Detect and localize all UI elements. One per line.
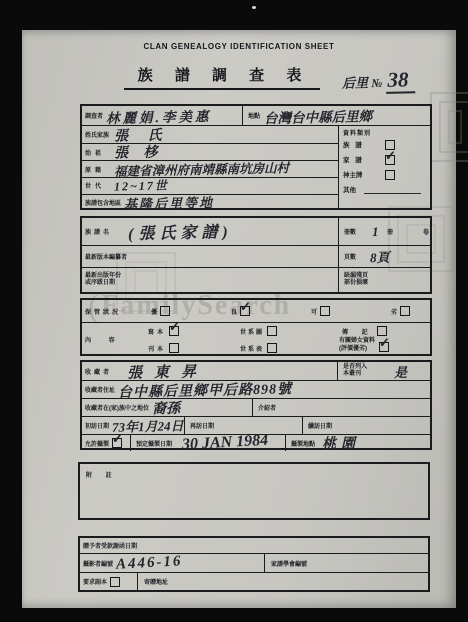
photographer-number-value: A446-16 xyxy=(116,553,183,573)
material-type-box: 資料類別 族 譜 家 譜 神主牌 其他 xyxy=(339,126,430,209)
survey-left-col: 姓氏家族 張 氏 始祖 張 栘 原籍 福建省漳州府南靖縣南坑房山村 世代 12~… xyxy=(82,126,338,209)
pedigree-table-option: 世系表 xyxy=(237,343,339,353)
pedigree-table-checkbox xyxy=(267,343,277,353)
volume-count-value: 1 xyxy=(372,223,379,239)
condition-option: 良 xyxy=(228,306,308,316)
surveyor-value: 林麗娟.李美惠 xyxy=(106,104,212,126)
good-checkbox xyxy=(240,306,250,316)
coverage-row: 族譜包含地區 基隆后里等地 xyxy=(82,194,338,211)
scanned-sheet: (FamilySearch CLAN GENEALOGY IDENTIFICAT… xyxy=(22,30,456,608)
included-label-line1: 是否列入 xyxy=(343,364,367,372)
emboss-stamp xyxy=(430,92,468,162)
origin-label: 原籍 xyxy=(82,165,114,174)
admin-table: 贈予者受款謝函日期 攝影者編號 A446-16 家譜學會編號 要求副本 寄贈地址 xyxy=(78,536,430,592)
remarks-box: 附 註 xyxy=(78,462,430,520)
followup-visit-label: 續訪日期 xyxy=(305,421,335,430)
condition-option: 可 xyxy=(308,306,388,316)
survey-info-table: 調查者 林麗娟.李美惠 地點 台灣台中縣后里鄉 姓氏家族 張 氏 始祖 張 栘 … xyxy=(80,104,432,210)
other-fill-line xyxy=(364,185,421,194)
surname-label: 姓氏家族 xyxy=(82,130,114,139)
divider xyxy=(130,435,131,451)
sheet-number-value: 38 xyxy=(385,67,415,94)
condition-option: 劣 xyxy=(388,306,410,316)
printed-option: 刊本 xyxy=(145,343,237,353)
divider xyxy=(338,268,339,293)
missing-label-line2: 部份損壞 xyxy=(344,280,368,288)
filming-place-label: 攝製地點 xyxy=(288,439,318,448)
mailing-address-label: 寄贈地址 xyxy=(141,577,171,586)
volume-unit-label: 冊 xyxy=(384,227,396,236)
surname-row: 姓氏家族 張 氏 xyxy=(82,126,338,143)
pubyear-row: 最新出版年份 或序跋日期 缺漏殘頁 部份損壞 xyxy=(82,267,430,293)
included-label-line2: 本叢刊 xyxy=(343,371,367,379)
genealogy-title-value: (張氏家譜) xyxy=(128,219,233,244)
women-data-option: 有關婦女資料 (評價優劣) xyxy=(339,338,389,353)
included-value: 是 xyxy=(394,361,407,380)
remarks-label: 附 註 xyxy=(83,470,121,479)
editor-row: 最新版本編纂者 頁數 8頁 xyxy=(82,245,430,267)
divider xyxy=(184,417,185,434)
poor-checkbox xyxy=(400,306,410,316)
divider xyxy=(337,362,338,380)
material-option: 神主牌 xyxy=(343,167,424,182)
introducer-label: 介紹者 xyxy=(255,403,279,412)
sheet-number: 后里 № 38 xyxy=(342,67,415,94)
pubyear-label-line2: 或序跋日期 xyxy=(85,280,121,288)
origin-row: 原籍 福建省漳州府南靖縣南坑房山村 xyxy=(82,160,338,177)
divider xyxy=(137,573,138,591)
divider xyxy=(252,399,253,416)
ancestral-tablet-checkbox xyxy=(385,170,395,180)
pages-value: 8頁 xyxy=(370,247,390,266)
holder-label: 收藏者 xyxy=(82,367,115,376)
holder-info-table: 收藏者 張東昇 是否列入 本叢刊 是 收藏者住址 台中縣后里鄉甲后路898號 收… xyxy=(80,360,432,450)
location-label: 地點 xyxy=(245,111,263,120)
thank-letter-row: 贈予者受款謝函日期 xyxy=(80,538,428,553)
pedigree-table-label: 世系表 xyxy=(237,344,267,353)
contents-options: 寫本 世系圖 傳 記 刊本 xyxy=(145,323,430,356)
biography-label: 傳 記 xyxy=(339,327,377,336)
manuscript-option: 寫本 xyxy=(145,326,237,336)
contents-line2: 刊本 世系表 有關婦女資料 (評價優劣) xyxy=(145,338,430,353)
sheet-title-english: CLAN GENEALOGY IDENTIFICATION SHEET xyxy=(22,42,456,51)
fair-checkbox xyxy=(320,306,330,316)
divider xyxy=(338,246,339,267)
ancestral-tablet-option-label: 神主牌 xyxy=(343,170,385,179)
condition-label: 保管狀況 xyxy=(82,307,148,316)
photographer-row: 攝影者編號 A446-16 家譜學會編號 xyxy=(80,553,428,572)
contents-row: 內 容 寫本 世系圖 傳 記 xyxy=(82,322,430,356)
copy-request-checkbox xyxy=(110,577,120,587)
scroll-unit-label: 卷 xyxy=(420,227,432,236)
contents-label: 內 容 xyxy=(82,323,145,356)
excellent-label: 優 xyxy=(148,307,160,316)
family-genealogy-checkbox xyxy=(385,155,395,165)
women-data-label-line2: (評價優劣) xyxy=(339,346,375,354)
material-option: 族 譜 xyxy=(343,137,424,152)
genealogy-title-row: 族譜名 (張氏家譜) 冊數 1 冊 卷 xyxy=(82,218,430,245)
generations-value: 12~17世 xyxy=(114,177,169,195)
divider xyxy=(285,435,286,451)
filming-date-label: 預定攝製日期 xyxy=(133,439,175,448)
surveyor-label: 調查者 xyxy=(82,111,106,120)
surveyor-row: 調查者 林麗娟.李美惠 地點 台灣台中縣后里鄉 xyxy=(82,106,430,125)
pubyear-label: 最新出版年份 或序跋日期 xyxy=(82,273,124,288)
manuscript-checkbox xyxy=(169,326,179,336)
volume-count-label: 冊數 xyxy=(341,227,359,236)
other-option-label: 其他 xyxy=(343,185,361,194)
divider xyxy=(302,417,303,434)
printed-label: 刊本 xyxy=(145,344,169,353)
coverage-label: 族譜包含地區 xyxy=(82,198,124,207)
society-number-label: 家譜學會編號 xyxy=(268,559,310,568)
material-type-header: 資料類別 xyxy=(343,128,424,137)
survey-body: 姓氏家族 張 氏 始祖 張 栘 原籍 福建省漳州府南靖縣南坑房山村 世代 12~… xyxy=(82,125,430,209)
holder-value: 張東昇 xyxy=(127,360,208,383)
holder-address-label: 收藏者住址 xyxy=(82,385,118,394)
filming-permission-checkbox xyxy=(112,438,122,448)
printed-checkbox xyxy=(169,343,179,353)
holder-position-row: 收藏者在(家)族中之地位 裔孫 介紹者 xyxy=(82,398,430,416)
thank-letter-label: 贈予者受款謝函日期 xyxy=(80,541,140,550)
genealogy-title-label: 族譜名 xyxy=(82,227,128,236)
women-data-checkbox xyxy=(379,342,389,352)
filming-permission-label: 允許攝製 xyxy=(82,439,112,448)
holder-row: 收藏者 張東昇 是否列入 本叢刊 是 xyxy=(82,362,430,380)
sheet-number-prefix: 后里 xyxy=(342,75,368,91)
visit-dates-row: 初訪日期 73年1月24日 再訪日期 續訪日期 xyxy=(82,416,430,434)
copy-request-label: 要求副本 xyxy=(80,577,110,586)
pages-label: 頁數 xyxy=(341,252,359,261)
clan-genealogy-option-label: 族 譜 xyxy=(343,140,385,149)
first-visit-label: 初訪日期 xyxy=(82,421,112,430)
material-option: 家 譜 xyxy=(343,152,424,167)
missing-pages-label: 缺漏殘頁 部份損壞 xyxy=(341,273,371,288)
divider xyxy=(338,218,339,245)
holder-position-label: 收藏者在(家)族中之地位 xyxy=(82,403,152,412)
filming-date-value: 30 JAN 1984 xyxy=(182,432,269,454)
founder-row: 始祖 張 栘 xyxy=(82,143,338,160)
divider xyxy=(242,106,243,125)
pedigree-chart-option: 世系圖 xyxy=(237,326,339,336)
condition-row: 保管狀況 優 良 可 劣 xyxy=(82,300,430,322)
pedigree-chart-label: 世系圖 xyxy=(237,327,267,336)
genealogy-title-table: 族譜名 (張氏家譜) 冊數 1 冊 卷 最新版本編纂者 頁數 8頁 最新出版年份… xyxy=(80,216,432,294)
fair-label: 可 xyxy=(308,307,320,316)
editor-label: 最新版本編纂者 xyxy=(82,252,130,261)
good-label: 良 xyxy=(228,307,240,316)
manuscript-label: 寫本 xyxy=(145,327,169,336)
copy-request-row: 要求副本 寄贈地址 xyxy=(80,572,428,591)
generations-row: 世代 12~17世 xyxy=(82,177,338,194)
family-genealogy-option-label: 家 譜 xyxy=(343,155,385,164)
second-visit-label: 再訪日期 xyxy=(187,421,217,430)
condition-option: 優 xyxy=(148,306,228,316)
pedigree-chart-checkbox xyxy=(267,326,277,336)
condition-contents-table: 保管狀況 優 良 可 劣 內 容 寫本 xyxy=(80,298,432,356)
included-label: 是否列入 本叢刊 xyxy=(340,362,370,380)
material-option: 其他 xyxy=(343,182,424,197)
holder-address-row: 收藏者住址 台中縣后里鄉甲后路898號 xyxy=(82,380,430,398)
scan-speck xyxy=(252,6,256,9)
filming-place-value: 桃園 xyxy=(322,433,360,454)
sheet-title-chinese: 族 譜 調 查 表 xyxy=(124,64,321,90)
women-data-label-line1: 有關婦女資料 xyxy=(339,338,375,346)
generations-label: 世代 xyxy=(82,181,114,190)
numero-mark: № xyxy=(371,76,382,90)
photographer-number-label: 攝影者編號 xyxy=(80,559,116,568)
location-value: 台灣台中縣后里鄉 xyxy=(264,104,372,126)
founder-label: 始祖 xyxy=(82,148,114,157)
coverage-value: 基隆后里等地 xyxy=(124,192,214,213)
poor-label: 劣 xyxy=(388,307,400,316)
excellent-checkbox xyxy=(160,306,170,316)
filming-row: 允許攝製 預定攝製日期 30 JAN 1984 攝製地點 桃園 xyxy=(82,434,430,451)
divider xyxy=(264,554,265,572)
women-data-label: 有關婦女資料 (評價優劣) xyxy=(339,338,375,353)
